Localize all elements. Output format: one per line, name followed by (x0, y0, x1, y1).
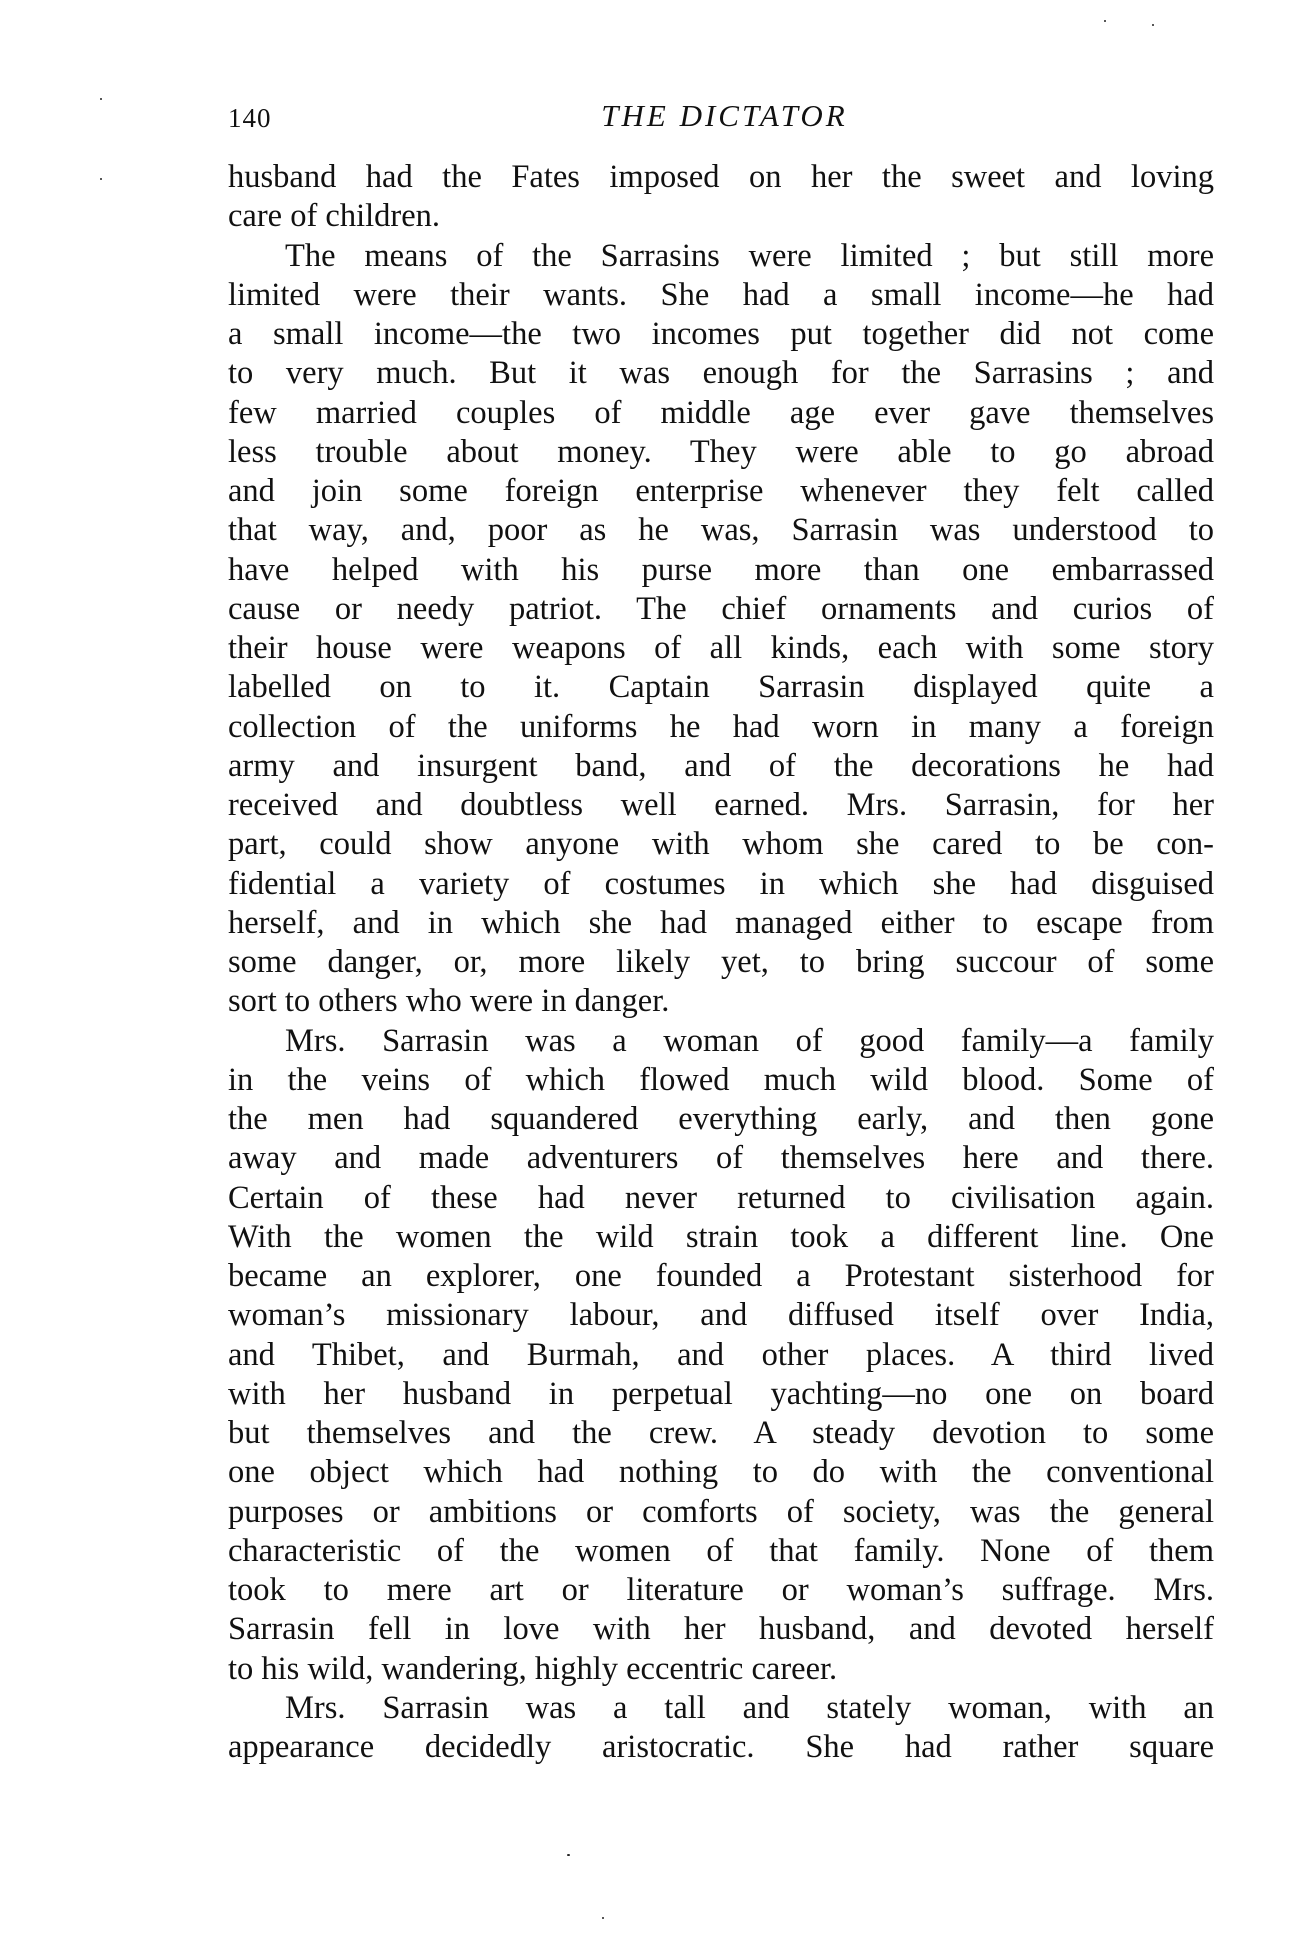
scan-speck (1152, 24, 1154, 26)
text-line: husband had the Fates imposed on her the… (228, 158, 1214, 197)
text-line: in the veins of which flowed much wild b… (228, 1061, 1214, 1100)
running-title: THE DICTATOR (228, 98, 1213, 134)
text-line: and join some foreign enterprise wheneve… (228, 472, 1214, 511)
scan-speck (567, 1854, 570, 1856)
text-line: care of children. (228, 197, 1214, 236)
paragraph-first-line: Mrs. Sarrasin was a tall and stately wom… (228, 1689, 1214, 1728)
text-line: woman’s missionary labour, and diffused … (228, 1296, 1214, 1335)
text-line: away and made adventurers of themselves … (228, 1139, 1214, 1178)
text-line: to very much. But it was enough for the … (228, 354, 1214, 393)
text-line: have helped with his purse more than one… (228, 551, 1214, 590)
text-line: characteristic of the women of that fami… (228, 1532, 1214, 1571)
text-line: part, could show anyone with whom she ca… (228, 825, 1214, 864)
scan-speck (602, 1917, 604, 1919)
text-line: limited were their wants. She had a smal… (228, 276, 1214, 315)
text-line: labelled on to it. Captain Sarrasin disp… (228, 668, 1214, 707)
text-line: less trouble about money. They were able… (228, 433, 1214, 472)
running-head: 140 THE DICTATOR (228, 96, 1213, 136)
text-line: but themselves and the crew. A steady de… (228, 1414, 1214, 1453)
text-line: cause or needy patriot. The chief orname… (228, 590, 1214, 629)
text-line: fidential a variety of costumes in which… (228, 865, 1214, 904)
text-line: Certain of these had never returned to c… (228, 1179, 1214, 1218)
text-line: their house were weapons of all kinds, e… (228, 629, 1214, 668)
text-line: to his wild, wandering, highly eccentric… (228, 1650, 1214, 1689)
text-line: received and doubtless well earned. Mrs.… (228, 786, 1214, 825)
book-page: 140 THE DICTATOR husband had the Fates i… (0, 0, 1315, 1946)
text-line: the men had squandered everything early,… (228, 1100, 1214, 1139)
text-line: herself, and in which she had managed ei… (228, 904, 1214, 943)
text-line: army and insurgent band, and of the deco… (228, 747, 1214, 786)
text-line: and Thibet, and Burmah, and other places… (228, 1336, 1214, 1375)
text-line: some danger, or, more likely yet, to bri… (228, 943, 1214, 982)
text-line: became an explorer, one founded a Protes… (228, 1257, 1214, 1296)
text-line: few married couples of middle age ever g… (228, 394, 1214, 433)
text-line: sort to others who were in danger. (228, 982, 1214, 1021)
text-line: a small income—the two incomes put toget… (228, 315, 1214, 354)
text-line: took to mere art or literature or woman’… (228, 1571, 1214, 1610)
text-line: collection of the uniforms he had worn i… (228, 708, 1214, 747)
text-line: With the women the wild strain took a di… (228, 1218, 1214, 1257)
text-line: one object which had nothing to do with … (228, 1453, 1214, 1492)
text-line: with her husband in perpetual yachting—n… (228, 1375, 1214, 1414)
scan-speck (1104, 20, 1106, 22)
scan-speck (100, 98, 102, 100)
text-line: appearance decidedly aristocratic. She h… (228, 1728, 1214, 1767)
text-line: Sarrasin fell in love with her husband, … (228, 1610, 1214, 1649)
paragraph-first-line: Mrs. Sarrasin was a woman of good family… (228, 1022, 1214, 1061)
scan-speck (100, 178, 102, 180)
paragraph-first-line: The means of the Sarrasins were limited … (228, 237, 1214, 276)
text-line: that way, and, poor as he was, Sarrasin … (228, 511, 1214, 550)
body-text: husband had the Fates imposed on her the… (228, 158, 1214, 1767)
text-line: purposes or ambitions or comforts of soc… (228, 1493, 1214, 1532)
